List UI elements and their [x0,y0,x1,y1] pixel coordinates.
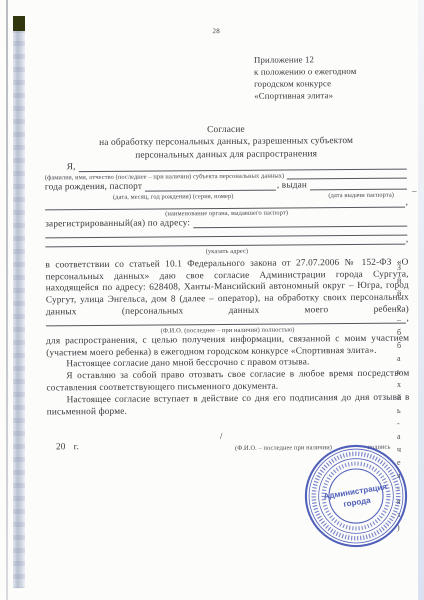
binding-mark-square [13,16,25,31]
distribution-paragraph: для распространения, с целью получения и… [46,333,409,359]
stamp-text-line2: города [343,496,372,509]
document-page: 28 Приложение 12 к положению о ежегодном… [44,25,410,455]
page-number: 28 [44,25,389,40]
stamp-center-text: Администрация города [323,482,390,512]
fio-caption-fill-line [287,176,407,179]
appendix-reference: Приложение 12 к положению о ежегодном го… [254,52,407,102]
scan-edge-line [6,0,8,600]
binding-strip [13,28,25,588]
passport-fill-line [145,189,276,192]
issue-date-caption: (дата выдачи паспорта) [328,192,394,201]
address-caption: (указать адрес) [45,246,408,257]
trailing-comma: , [406,314,409,326]
issued-label: , выдан [277,180,307,192]
date-group: 20 г. [47,443,79,455]
administration-stamp: Администрация города [300,442,412,552]
slash: / [220,432,223,444]
appendix-line: «Спортивная элита» [254,89,407,102]
trailing-comma: , [406,235,409,247]
i-label: Я, [67,162,76,174]
consent-paragraph: в соответствии со статьей 10.1 Федеральн… [45,257,408,319]
registered-label: зарегистрированный(ая) по адресу: [45,218,190,231]
year-suffix: г. [74,443,79,455]
edge-fragment-dash: – [412,186,417,196]
year-prefix: 20 [56,443,66,455]
document-title: Согласие на обработку персональных данны… [44,122,407,163]
effective-paragraph: Настоящее согласие вступает в действие с… [47,392,410,418]
revoke-paragraph: Я оставляю за собой право отозвать свое … [46,369,409,395]
birth-series-caption: (дата, месяц, год рождения) (серия, номе… [113,193,234,202]
issue-date-fill-line [310,188,407,191]
birth-label: года рождения, паспорт [45,182,142,195]
trailing-comma: , [406,197,409,209]
